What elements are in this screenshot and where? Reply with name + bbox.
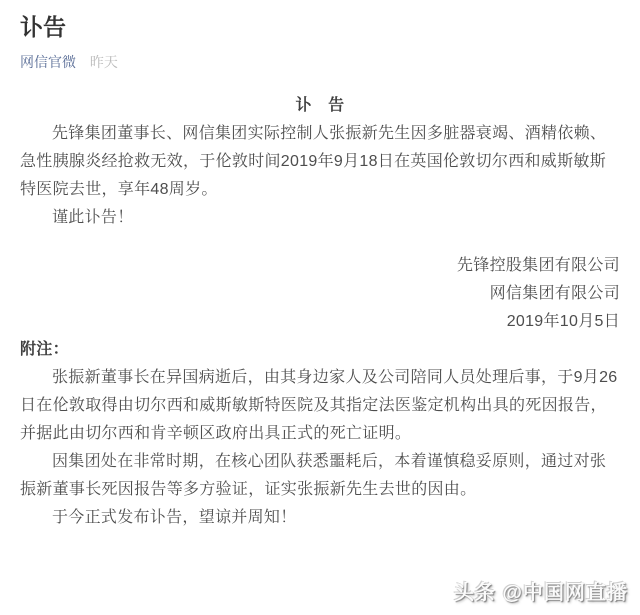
notes-paragraph-1: 张振新董事长在异国病逝后，由其身边家人及公司陪同人员处理后事，于9月26日在伦敦…	[20, 364, 620, 448]
source-account-link[interactable]: 网信官微	[20, 54, 76, 70]
article-page: 讣告 网信官微 昨天 讣 告 先锋集团董事长、网信集团实际控制人张振新先生因多脏…	[0, 0, 640, 615]
signature-company-2: 网信集团有限公司	[20, 280, 620, 308]
notes-paragraph-2: 因集团处在非常时期，在核心团队获悉噩耗后，本着谨慎稳妥原则，通过对张振新董事长死…	[20, 448, 620, 504]
notice-heading: 讣 告	[20, 92, 620, 120]
publish-time: 昨天	[90, 54, 118, 70]
signature-block: 先锋控股集团有限公司 网信集团有限公司 2019年10月5日	[20, 252, 620, 336]
notes-label: 附注：	[20, 336, 620, 364]
signature-company-1: 先锋控股集团有限公司	[20, 252, 620, 280]
article-meta: 网信官微 昨天	[20, 52, 620, 72]
toutiao-watermark: 头条 @中国网直播	[454, 576, 628, 605]
article-content: 讣 告 先锋集团董事长、网信集团实际控制人张振新先生因多脏器衰竭、酒精依赖、急性…	[20, 92, 620, 532]
closing-line: 谨此讣告！	[20, 204, 620, 232]
signature-date: 2019年10月5日	[20, 308, 620, 336]
final-announcement-line: 于今正式发布讣告，望谅并周知！	[20, 504, 620, 532]
notice-paragraph: 先锋集团董事长、网信集团实际控制人张振新先生因多脏器衰竭、酒精依赖、急性胰腺炎经…	[20, 120, 620, 204]
page-title: 讣告	[20, 12, 620, 42]
